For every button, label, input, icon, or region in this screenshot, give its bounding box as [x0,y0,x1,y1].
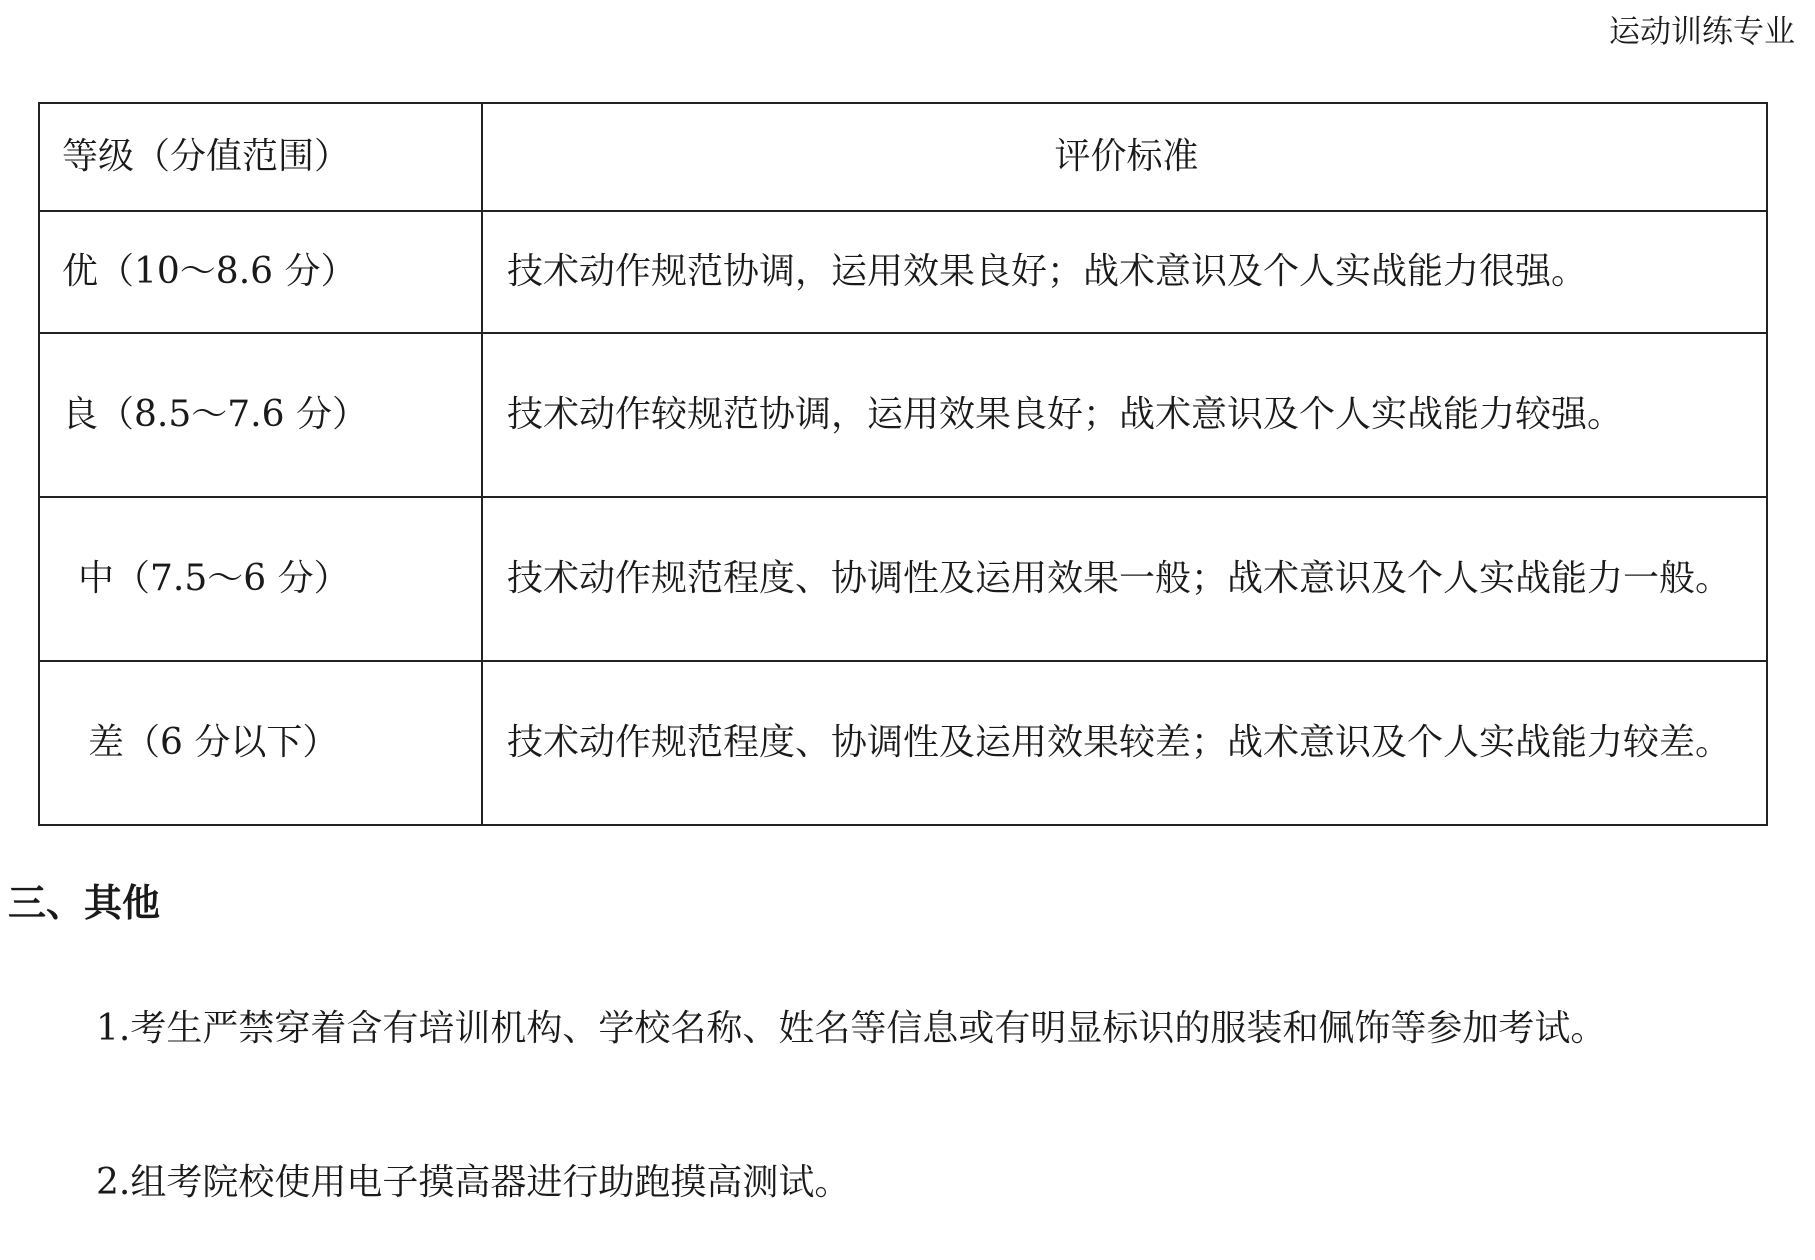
criteria-cell: 技术动作较规范协调，运用效果良好；战术意识及个人实战能力较强。 [482,333,1767,497]
grade-cell: 中（7.5～6 分） [39,497,482,661]
grade-cell: 良（8.5～7.6 分） [39,333,482,497]
table-row: 良（8.5～7.6 分） 技术动作较规范协调，运用效果良好；战术意识及个人实战能… [39,333,1767,497]
grade-cell: 差（6 分以下） [39,661,482,825]
table-row: 优（10～8.6 分） 技术动作规范协调，运用效果良好；战术意识及个人实战能力很… [39,211,1767,333]
table-header-row: 等级（分值范围） 评价标准 [39,103,1767,211]
paragraph-2: 2.组考院校使用电子摸高器进行助跑摸高测试。 [8,1146,1808,1220]
criteria-cell: 技术动作规范程度、协调性及运用效果较差；战术意识及个人实战能力较差。 [482,661,1767,825]
paragraph-1: 1.考生严禁穿着含有培训机构、学校名称、姓名等信息或有明显标识的服装和佩饰等参加… [8,992,1808,1066]
criteria-cell: 技术动作规范协调，运用效果良好；战术意识及个人实战能力很强。 [482,211,1767,333]
table-row: 中（7.5～6 分） 技术动作规范程度、协调性及运用效果一般；战术意识及个人实战… [39,497,1767,661]
section-title: 三、其他 [8,872,160,927]
header-criteria: 评价标准 [482,103,1767,211]
page-header-subject: 运动训练专业 [1609,6,1795,51]
grade-cell: 优（10～8.6 分） [39,211,482,333]
header-grade: 等级（分值范围） [39,103,482,211]
criteria-cell: 技术动作规范程度、协调性及运用效果一般；战术意识及个人实战能力一般。 [482,497,1767,661]
table-row: 差（6 分以下） 技术动作规范程度、协调性及运用效果较差；战术意识及个人实战能力… [39,661,1767,825]
grading-table: 等级（分值范围） 评价标准 优（10～8.6 分） 技术动作规范协调，运用效果良… [38,102,1768,826]
